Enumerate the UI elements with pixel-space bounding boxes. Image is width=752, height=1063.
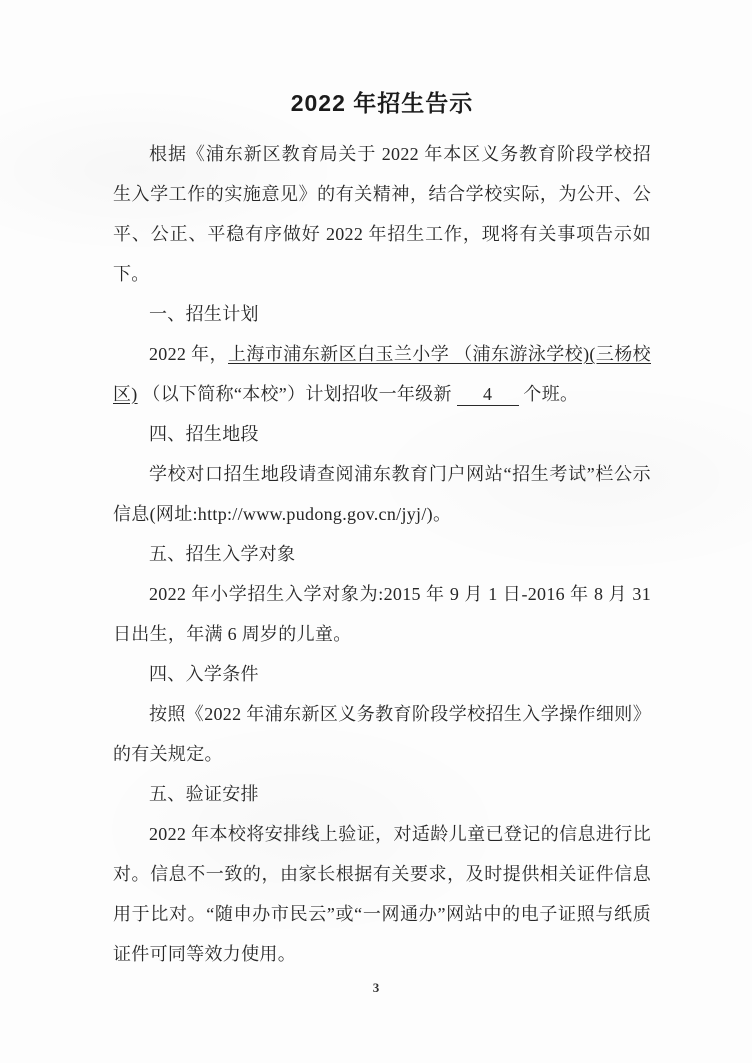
section-heading-enrollment-district: 四、招生地段 (113, 414, 651, 454)
admission-conditions-paragraph: 按照《2022 年浦东新区义务教育阶段学校招生入学操作细则》的有关规定。 (113, 694, 651, 774)
verification-arrangement-paragraph: 2022 年本校将安排线上验证，对适龄儿童已登记的信息进行比对。信息不一致的，由… (113, 814, 651, 974)
document-title: 2022 年招生告示 (113, 88, 651, 118)
plan-text-pre: 2022 年， (149, 344, 228, 364)
plan-text-post: 个班。 (519, 384, 579, 404)
enrollment-plan-paragraph: 2022 年，上海市浦东新区白玉兰小学 （浦东游泳学校)(三杨校区) （以下简称… (113, 334, 651, 414)
intro-paragraph: 根据《浦东新区教育局关于 2022 年本区义务教育阶段学校招生入学工作的实施意见… (113, 134, 651, 294)
section-heading-admission-conditions: 四、入学条件 (113, 654, 651, 694)
scanned-document-page: 2022 年招生告示 根据《浦东新区教育局关于 2022 年本区义务教育阶段学校… (0, 0, 752, 1063)
section-heading-verification-arrangement: 五、验证安排 (113, 774, 651, 814)
document-content: 2022 年招生告示 根据《浦东新区教育局关于 2022 年本区义务教育阶段学校… (113, 88, 651, 974)
enrollment-district-paragraph: 学校对口招生地段请查阅浦东教育门户网站“招生考试”栏公示信息(网址:http:/… (113, 454, 651, 534)
plan-text-mid: （以下简称“本校”）计划招收一年级新 (138, 384, 457, 404)
section-heading-enrollment-target: 五、招生入学对象 (113, 534, 651, 574)
enrollment-target-paragraph: 2022 年小学招生入学对象为:2015 年 9 月 1 日-2016 年 8 … (113, 574, 651, 654)
page-number: 3 (0, 980, 752, 996)
section-heading-enrollment-plan: 一、招生计划 (113, 294, 651, 334)
class-count-blank: 4 (457, 383, 519, 406)
